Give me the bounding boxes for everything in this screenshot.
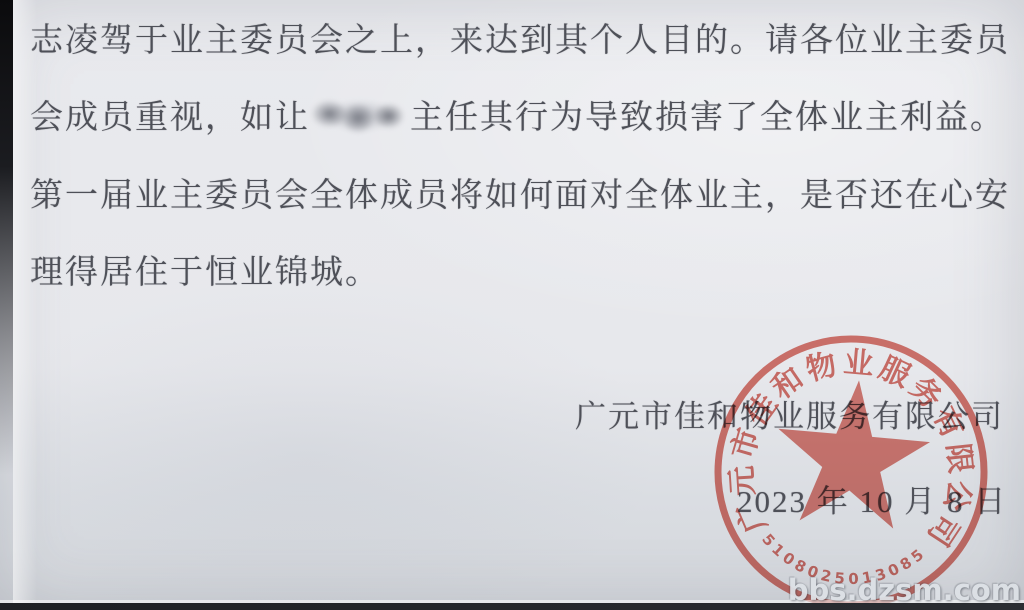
document-photo: 志凌驾于业主委员会之上，来达到其个人目的。请各位业主委员 会成员重视，如让主任其… [0,0,1024,610]
company-seal: 广元市佳和物业服务有限公司 5108025013085 [0,0,1024,610]
photo-edge-left-highlight [13,0,37,610]
site-watermark: bbs.dzsm.com [788,573,1021,607]
photo-edge-left-shadow [0,0,13,475]
